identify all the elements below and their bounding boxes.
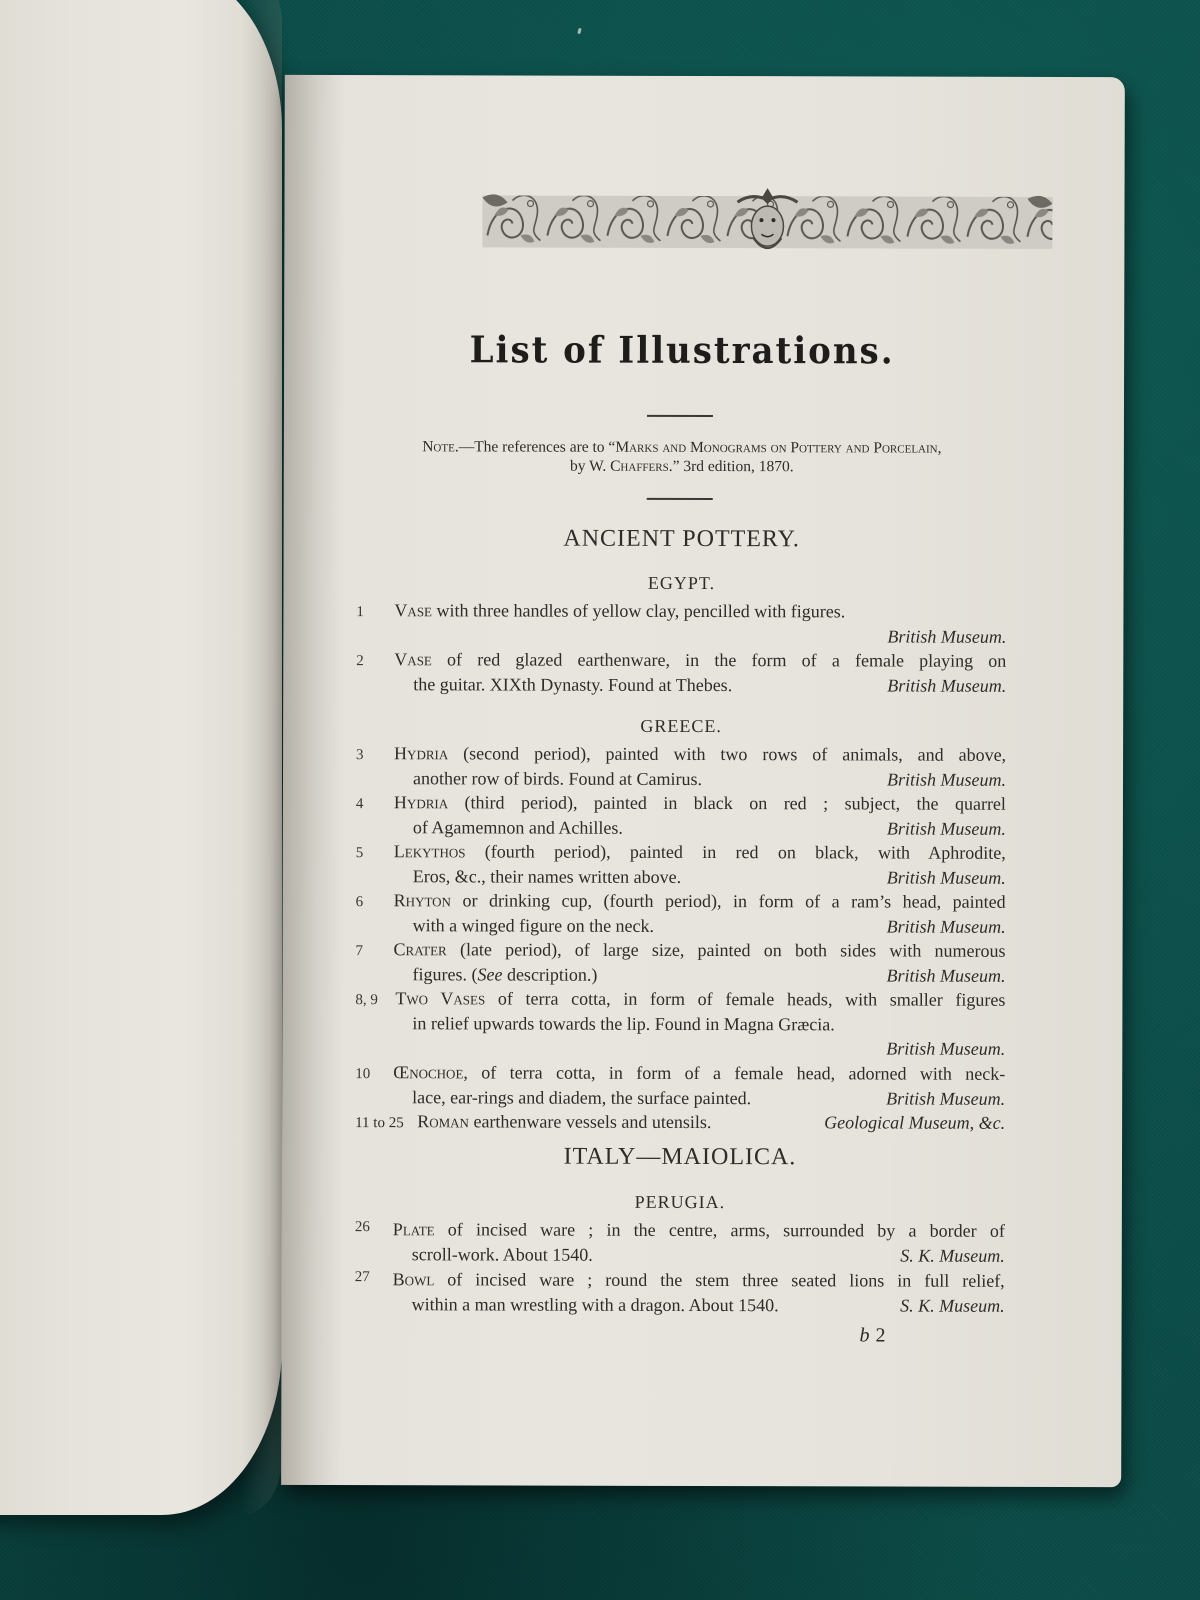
foliate-headpiece-icon bbox=[482, 185, 1052, 256]
entry-number: 1 bbox=[356, 600, 396, 625]
entry-keyword: Rhyton bbox=[394, 890, 451, 910]
entry-text: Vase of red glazed earthenware, in the f… bbox=[394, 647, 1006, 673]
entry-location: British Museum. bbox=[356, 623, 1006, 649]
entry-line: or drinking cup, (fourth period), in for… bbox=[462, 890, 1005, 911]
signature-mark: b2 bbox=[860, 1324, 892, 1347]
entry-keyword: Hydria bbox=[394, 792, 448, 812]
entry-text: Bowl of incised ware ; round the stem th… bbox=[393, 1267, 1005, 1293]
entry-line: of incised ware ; round the stem three s… bbox=[447, 1269, 1004, 1290]
entry-text: Two Vases of terra cotta, in form of fem… bbox=[395, 986, 1005, 1012]
illustration-entry: 3 Hydria (second period), painted with t… bbox=[356, 741, 1006, 792]
entry-line: of terra cotta, in form of a female head… bbox=[481, 1062, 1005, 1083]
illustration-entry: 5 Lekythos (fourth period), painted in r… bbox=[356, 839, 1006, 890]
subsection-heading-perugia: PERUGIA. bbox=[355, 1191, 1005, 1214]
signature-letter: b bbox=[860, 1324, 876, 1346]
entry-text: 11 to 25 Roman earthenware vessels and u… bbox=[355, 1109, 711, 1136]
entry-text: Hydria (third period), painted in black … bbox=[394, 790, 1006, 816]
entry-number: 5 bbox=[356, 841, 396, 866]
entry-keyword: Hydria bbox=[394, 743, 448, 763]
entry-keyword: Lekythos bbox=[394, 841, 466, 861]
subsection-heading-greece: GREECE. bbox=[356, 715, 1006, 738]
entry-line-end: description.) bbox=[502, 964, 597, 984]
entry-line: of terra cotta, in form of female heads,… bbox=[498, 988, 1006, 1009]
entry-line: within a man wrestling with a dragon. Ab… bbox=[412, 1292, 779, 1317]
entry-keyword: Œnochoe, bbox=[393, 1062, 468, 1082]
entry-location: British Museum. bbox=[887, 914, 1006, 939]
title-rule-divider bbox=[647, 415, 713, 417]
entry-line: (late period), of large size, painted on… bbox=[460, 939, 1006, 960]
entry-location: S. K. Museum. bbox=[900, 1243, 1005, 1268]
note-by: by W. bbox=[570, 458, 610, 475]
page-content: List of Illustrations. Note.—The referen… bbox=[358, 75, 1008, 77]
entry-location: British Museum. bbox=[886, 1086, 1005, 1111]
entry-number: 8, 9 bbox=[355, 988, 395, 1013]
left-page-curled bbox=[0, 0, 282, 1515]
entry-number: 4 bbox=[356, 792, 396, 817]
entry-location: British Museum. bbox=[355, 1035, 1005, 1061]
subsection-heading-egypt: EGYPT. bbox=[356, 572, 1006, 595]
note-author: Chaffers. bbox=[610, 458, 673, 475]
entry-number: 27 bbox=[355, 1265, 395, 1290]
entry-keyword: Vase bbox=[394, 600, 432, 620]
entry-line: figures. (See description.) bbox=[412, 962, 597, 987]
entry-keyword: Vase bbox=[394, 649, 432, 669]
illustration-entry: 2 Vase of red glazed earthenware, in the… bbox=[356, 647, 1006, 698]
section-heading-italy-maiolica: ITALY—MAIOLICA. bbox=[355, 1143, 1005, 1172]
entry-text: Hydria (second period), painted with two… bbox=[394, 741, 1006, 767]
entry-line: with three handles of yellow clay, penci… bbox=[436, 600, 845, 621]
entry-line: in relief upwards towards the lip. Found… bbox=[412, 1011, 1005, 1037]
entry-line-start: figures. ( bbox=[412, 964, 477, 984]
entry-line: of red glazed earthenware, in the form o… bbox=[447, 649, 1006, 670]
right-page: List of Illustrations. Note.—The referen… bbox=[281, 75, 1125, 1487]
note-rule-divider bbox=[647, 498, 713, 500]
entry-line: lace, ear-rings and diadem, the surface … bbox=[412, 1085, 751, 1110]
note-edition: ” 3rd edition, 1870. bbox=[673, 458, 794, 475]
entry-see-reference: See bbox=[477, 964, 502, 984]
entry-number: 11 to 25 bbox=[355, 1115, 404, 1131]
entry-line: another row of birds. Found at Camirus. bbox=[413, 766, 702, 791]
illustration-entry: 27 Bowl of incised ware ; round the stem… bbox=[355, 1267, 1005, 1318]
entry-keyword: Plate bbox=[393, 1219, 435, 1239]
entry-location: British Museum. bbox=[887, 767, 1006, 792]
illustration-entry: 26 Plate of incised ware ; in the centre… bbox=[355, 1217, 1005, 1268]
entry-line: (third period), painted in black on red … bbox=[465, 792, 1006, 813]
entry-keyword: Roman bbox=[417, 1111, 469, 1131]
lint-speck bbox=[577, 28, 581, 35]
illustration-entry: 6 Rhyton or drinking cup, (fourth period… bbox=[356, 888, 1006, 939]
entry-text: Vase with three handles of yellow clay, … bbox=[394, 598, 1006, 624]
entry-number: 26 bbox=[355, 1215, 395, 1240]
entry-number: 3 bbox=[356, 743, 396, 768]
entry-location: Geological Museum, &c. bbox=[824, 1110, 1005, 1137]
entry-line: Eros, &c., their names written above. bbox=[413, 864, 681, 889]
page-title: List of Illustrations. bbox=[357, 328, 1007, 373]
entry-number: 2 bbox=[356, 649, 396, 674]
entry-location: British Museum. bbox=[887, 865, 1006, 890]
entry-line: (fourth period), painted in red on black… bbox=[485, 841, 1006, 862]
note-text: —The references are to “ bbox=[459, 438, 616, 455]
entry-line: of incised ware ; in the centre, arms, s… bbox=[448, 1219, 1005, 1240]
entry-line: earthenware vessels and utensils. bbox=[473, 1111, 711, 1132]
illustration-entry: 1 Vase with three handles of yellow clay… bbox=[356, 598, 1006, 649]
entry-line: the guitar. XIXth Dynasty. Found at Theb… bbox=[413, 672, 732, 697]
entry-line: of Agamemnon and Achilles. bbox=[413, 815, 623, 840]
entry-text: Plate of incised ware ; in the centre, a… bbox=[393, 1217, 1005, 1243]
entry-keyword: Crater bbox=[394, 939, 447, 959]
reference-note: Note.—The references are to “Marks and M… bbox=[357, 437, 1007, 477]
signature-number: 2 bbox=[876, 1324, 892, 1346]
illustration-entry: 7 Crater (late period), of large size, p… bbox=[355, 937, 1005, 988]
entry-text: Rhyton or drinking cup, (fourth period),… bbox=[394, 888, 1006, 914]
entry-line: with a winged figure on the neck. bbox=[413, 913, 655, 938]
entry-keyword: Bowl bbox=[393, 1269, 435, 1289]
entry-number: 6 bbox=[356, 890, 396, 915]
note-book-title: Marks and Monograms on Pottery and Porce… bbox=[615, 439, 941, 457]
illustration-entry: 10 Œnochoe, of terra cotta, in form of a… bbox=[355, 1060, 1005, 1111]
entry-line: scroll-work. About 1540. bbox=[412, 1242, 593, 1267]
entry-line: (second period), painted with two rows o… bbox=[463, 743, 1006, 764]
entry-text: Crater (late period), of large size, pai… bbox=[394, 937, 1006, 963]
entry-location: British Museum. bbox=[887, 816, 1006, 841]
entry-number: 10 bbox=[355, 1062, 395, 1087]
note-label: Note. bbox=[422, 438, 458, 455]
section-heading-ancient-pottery: ANCIENT POTTERY. bbox=[357, 525, 1007, 554]
entry-location: British Museum. bbox=[886, 963, 1005, 988]
entry-text: Œnochoe, of terra cotta, in form of a fe… bbox=[393, 1060, 1005, 1086]
illustration-entry: 11 to 25 Roman earthenware vessels and u… bbox=[355, 1109, 1005, 1137]
entry-location: British Museum. bbox=[887, 673, 1006, 698]
illustration-entry: 4 Hydria (third period), painted in blac… bbox=[356, 790, 1006, 841]
entry-text: Lekythos (fourth period), painted in red… bbox=[394, 839, 1006, 865]
entry-number: 7 bbox=[356, 939, 396, 964]
entry-location: S. K. Museum. bbox=[900, 1293, 1005, 1318]
entry-keyword: Two Vases bbox=[395, 988, 485, 1008]
illustration-entry: 8, 9 Two Vases of terra cotta, in form o… bbox=[355, 986, 1005, 1061]
